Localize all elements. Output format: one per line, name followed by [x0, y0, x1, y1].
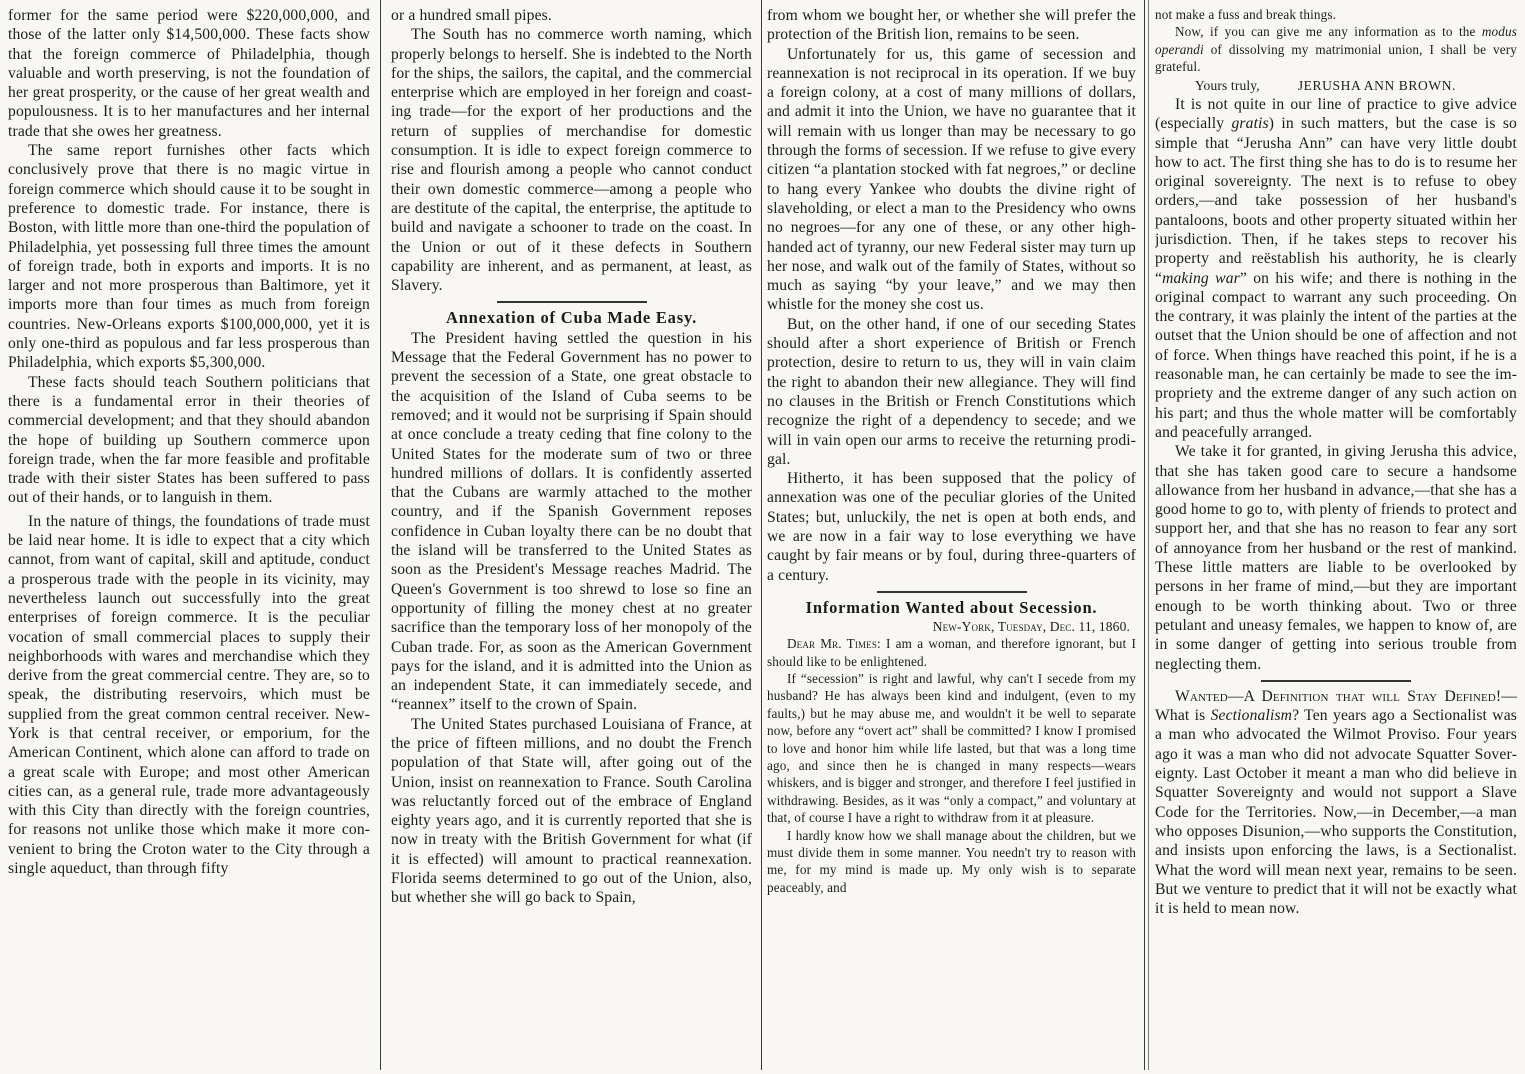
paragraph: We take it for granted, in giving Jerush… [1155, 442, 1517, 674]
paragraph: Hitherto, it has been supposed that the … [767, 469, 1136, 585]
column-4: not make a fuss and break things. Now, i… [1155, 6, 1517, 1074]
wanted-lead: Wanted—A Definition that will Stay De­fi… [1175, 688, 1501, 705]
paragraph: or a hundred small pipes. [391, 6, 752, 25]
paragraph: The United States purchased Louisiana of… [391, 715, 752, 908]
article-separator [497, 301, 647, 303]
article-separator [877, 591, 1027, 593]
paragraph: It is not quite in our line of practice … [1155, 95, 1517, 442]
paragraph: In the nature of things, the foundations… [8, 512, 370, 879]
paragraph: The President having settled the questio… [391, 329, 752, 715]
headline-secession: Information Wanted about Secession. [767, 598, 1136, 617]
newspaper-page: former for the same period were $220,000… [0, 0, 1525, 1074]
column-rule [380, 0, 381, 1070]
paragraph: from whom we bought her, or whether she … [767, 6, 1136, 45]
column-rule [1144, 0, 1145, 1070]
article-separator [1261, 680, 1411, 682]
letter-signature: Yours truly,JERUSHA ANN BROWN. [1155, 76, 1517, 95]
signature-name: JERUSHA ANN BROWN. [1298, 78, 1456, 93]
dateline: New-York, Tuesday, Dec. 11, 1860. [767, 618, 1136, 635]
letter-paragraph: Dear Mr. Times: I am a woman, and there­… [767, 635, 1136, 670]
paragraph: Unfortunately for us, this game of seces… [767, 45, 1136, 315]
paragraph: The same report furnishes other facts wh… [8, 141, 370, 373]
salutation: Dear Mr. Times: [787, 636, 881, 651]
column-3: from whom we bought her, or whether she … [767, 6, 1136, 1074]
column-rule [761, 0, 762, 1070]
headline-cuba: Annexation of Cuba Made Easy. [391, 308, 752, 327]
paragraph: The South has no commerce worth naming, … [391, 25, 752, 295]
letter-paragraph: not make a fuss and break things. [1155, 6, 1517, 23]
paragraph-wanted: Wanted—A Definition that will Stay De­fi… [1155, 687, 1517, 919]
paragraph: These facts should teach Southern politi… [8, 373, 370, 508]
letter-paragraph: Now, if you can give me any information … [1155, 23, 1517, 75]
column-2: or a hundred small pipes. The South has … [391, 6, 752, 1074]
paragraph: But, on the other hand, if one of our se… [767, 315, 1136, 469]
letter-paragraph: I hardly know how we shall manage about … [767, 827, 1136, 897]
letter-paragraph: If “secession” is right and lawful, why … [767, 670, 1136, 827]
paragraph: former for the same period were $220,000… [8, 6, 370, 141]
column-1: former for the same period were $220,000… [8, 6, 370, 1074]
